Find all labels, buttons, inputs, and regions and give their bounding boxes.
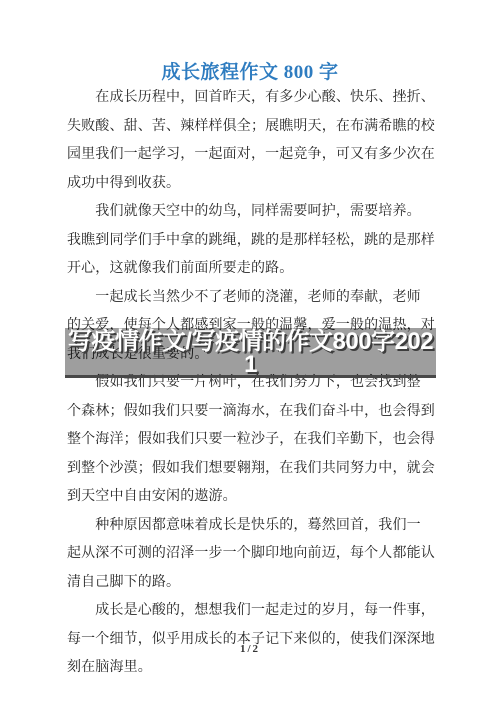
text-line: 到天空中自由安闲的遨游。 bbox=[67, 483, 437, 512]
text-line: 整个海洋；假如我们只要一粒沙子，在我们辛勤下，也会得 bbox=[67, 426, 437, 455]
text-line: 刻在脑海里。 bbox=[67, 654, 437, 683]
text-line: 失败酸、甜、苦、辣样样俱全；展瞧明天，在布满希瞧的校 bbox=[67, 113, 437, 142]
text-line: 起从深不可测的沼泽一步一个脚印地向前迈，每个人都能认 bbox=[67, 540, 437, 569]
text-line: 在成长历程中，回首昨天，有多少心酸、快乐、挫折、 bbox=[67, 84, 437, 113]
text-line: 种种原因都意味着成长是快乐的，蓦然回首，我们一 bbox=[67, 512, 437, 541]
text-line: 清自己脚下的路。 bbox=[67, 569, 437, 598]
text-line: 一起成长当然少不了老师的浇灌，老师的奉献，老师 bbox=[67, 284, 437, 313]
essay-text: 在成长历程中，回首昨天，有多少心酸、快乐、挫折、失败酸、甜、苦、辣样样俱全；展瞧… bbox=[67, 84, 437, 683]
text-line: 园里我们一起学习，一起面对，一起竞争，可又有多少次在 bbox=[67, 141, 437, 170]
seo-overlay-title-line2: 1 bbox=[65, 355, 436, 375]
document-page: 成长旅程作文 800 字 在成长历程中，回首昨天，有多少心酸、快乐、挫折、失败酸… bbox=[0, 0, 500, 707]
text-line: 我们就像天空中的幼鸟，同样需要呵护，需要培养。 bbox=[67, 198, 437, 227]
text-line: 开心，这就像我们前面所要走的路。 bbox=[67, 255, 437, 284]
text-line: 成长是心酸的，想想我们一起走过的岁月，每一件事， bbox=[67, 597, 437, 626]
text-line: 我瞧到同学们手中拿的跳绳，跳的是那样轻松，跳的是那样 bbox=[67, 227, 437, 256]
page-indicator: 1/2 bbox=[0, 643, 500, 655]
page-title: 成长旅程作文 800 字 bbox=[0, 57, 500, 84]
text-line: 个森林；假如我们只要一滴海水，在我们奋斗中，也会得到 bbox=[67, 398, 437, 427]
text-line: 到整个沙漠；假如我们想要翱翔，在我们共同努力中，就会 bbox=[67, 455, 437, 484]
text-line: 成功中得到收获。 bbox=[67, 170, 437, 199]
seo-overlay-banner[interactable]: 写疫情作文/写疫情的作文800字202 1 bbox=[65, 328, 436, 378]
